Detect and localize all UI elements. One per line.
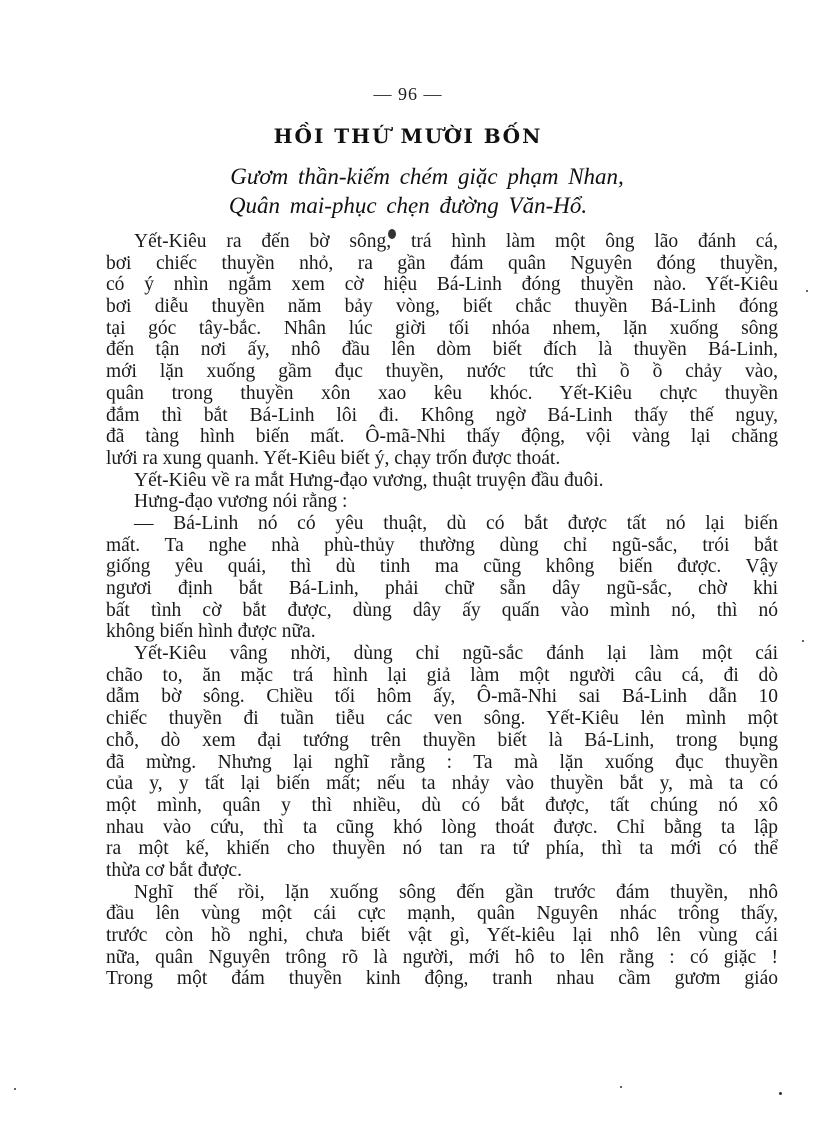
body-text: Yết-Kiêu ra đến bờ sông, trá hình làm mộ… <box>106 231 778 990</box>
text-line: Nghĩ thế rồi, lặn xuống sông đến gần trư… <box>106 882 778 904</box>
text-line: ra một kế, khiến cho thuyền nó tan ra tứ… <box>106 838 778 860</box>
text-line: chỗ, dò xem đại tướng trên thuyền biết l… <box>106 730 778 752</box>
text-line: nữa, quân Nguyên trông rõ là người, mới … <box>106 947 778 969</box>
text-line: giống yêu quái, thì dù tinh ma cũng khôn… <box>106 556 778 578</box>
text-line: Yết-Kiêu về ra mắt Hưng-đạo vương, thuật… <box>106 470 778 492</box>
text-line: bơi chiếc thuyền nhỏ, ra gần đám quân Ng… <box>106 253 778 275</box>
text-line: trước còn hồ nghi, chưa biết vật gì, Yết… <box>106 925 778 947</box>
text-line: có ý nhìn ngắm xem cờ hiệu Bá-Linh đóng … <box>106 274 778 296</box>
text-line: của y, y tất lại biến mất; nếu ta nhảy v… <box>106 773 778 795</box>
text-line: thừa cơ bắt được. <box>106 860 778 882</box>
text-line: nhau vào cứu, thì ta cũng khó lòng thoát… <box>106 817 778 839</box>
chapter-subtitle-line-2: Quân mai-phục chẹn đường Văn-Hổ. <box>0 193 816 219</box>
scan-speck <box>802 640 804 642</box>
text-line: đầu lên vùng một cái cực mạnh, quân Nguy… <box>106 903 778 925</box>
text-line: tại góc tây-bắc. Nhân lúc giời tối nhóa … <box>106 318 778 340</box>
scan-speck <box>14 1088 16 1090</box>
text-line: Trong một đám thuyền kinh động, tranh nh… <box>106 968 778 990</box>
text-line: đã tàng hình biến mất. Ô-mã-Nhi thấy độn… <box>106 426 778 448</box>
text-line: đến tận nơi ấy, nhô đầu lên dòm biết đíc… <box>106 339 778 361</box>
text-line: Yết-Kiêu vâng nhời, dùng chỉ ngũ-sắc đán… <box>106 643 778 665</box>
text-line: bất tình cờ bắt được, dùng dây ấy quấn v… <box>106 600 778 622</box>
scanned-book-page: — 96 — HỒI THỨ MƯỜI BỐN Gươm thần-kiếm c… <box>0 0 816 1123</box>
text-line: chiếc thuyền đi tuần tiễu các ven sông. … <box>106 708 778 730</box>
chapter-subtitle-line-1: Gươm thần-kiếm chém giặc phạm Nhan, <box>0 164 816 190</box>
text-line: chão to, ăn mặc trá hình lại giả làm một… <box>106 665 778 687</box>
ink-blot <box>388 229 396 239</box>
scan-speck <box>779 1092 782 1095</box>
text-line: Yết-Kiêu ra đến bờ sông, trá hình làm mộ… <box>106 231 778 253</box>
chapter-title: HỒI THỨ MƯỜI BỐN <box>0 124 816 148</box>
text-line: — Bá-Linh nó có yêu thuật, dù có bắt đượ… <box>106 513 778 535</box>
text-line: Hưng-đạo vương nói rằng : <box>106 491 778 513</box>
text-line: mất. Ta nghe nhà phù-thủy thường dùng ch… <box>106 535 778 557</box>
scan-speck <box>620 1086 622 1088</box>
text-line: quân trong thuyền xôn xao kêu khóc. Yết-… <box>106 383 778 405</box>
text-line: không biến hình được nữa. <box>106 621 778 643</box>
text-line: đắm thì bắt Bá-Linh lôi đi. Không ngờ Bá… <box>106 405 778 427</box>
text-line: dẫm bờ sông. Chiều tối hôm ấy, Ô-mã-Nhi … <box>106 686 778 708</box>
text-line: ngươi định bắt Bá-Linh, phải chữ sẵn dây… <box>106 578 778 600</box>
scan-speck <box>806 290 808 292</box>
text-line: bơi diễu thuyền năm bảy vòng, biết chắc … <box>106 296 778 318</box>
text-line: lưới ra xung quanh. Yết-Kiêu biết ý, chạ… <box>106 448 778 470</box>
page-number: — 96 — <box>0 84 816 105</box>
text-line: đã mừng. Nhưng lại nghĩ rằng : Ta mà lặn… <box>106 752 778 774</box>
text-line: mới lặn xuống gầm đục thuyền, nước tức t… <box>106 361 778 383</box>
text-line: một mình, quân y thì nhiều, dù có bắt đư… <box>106 795 778 817</box>
